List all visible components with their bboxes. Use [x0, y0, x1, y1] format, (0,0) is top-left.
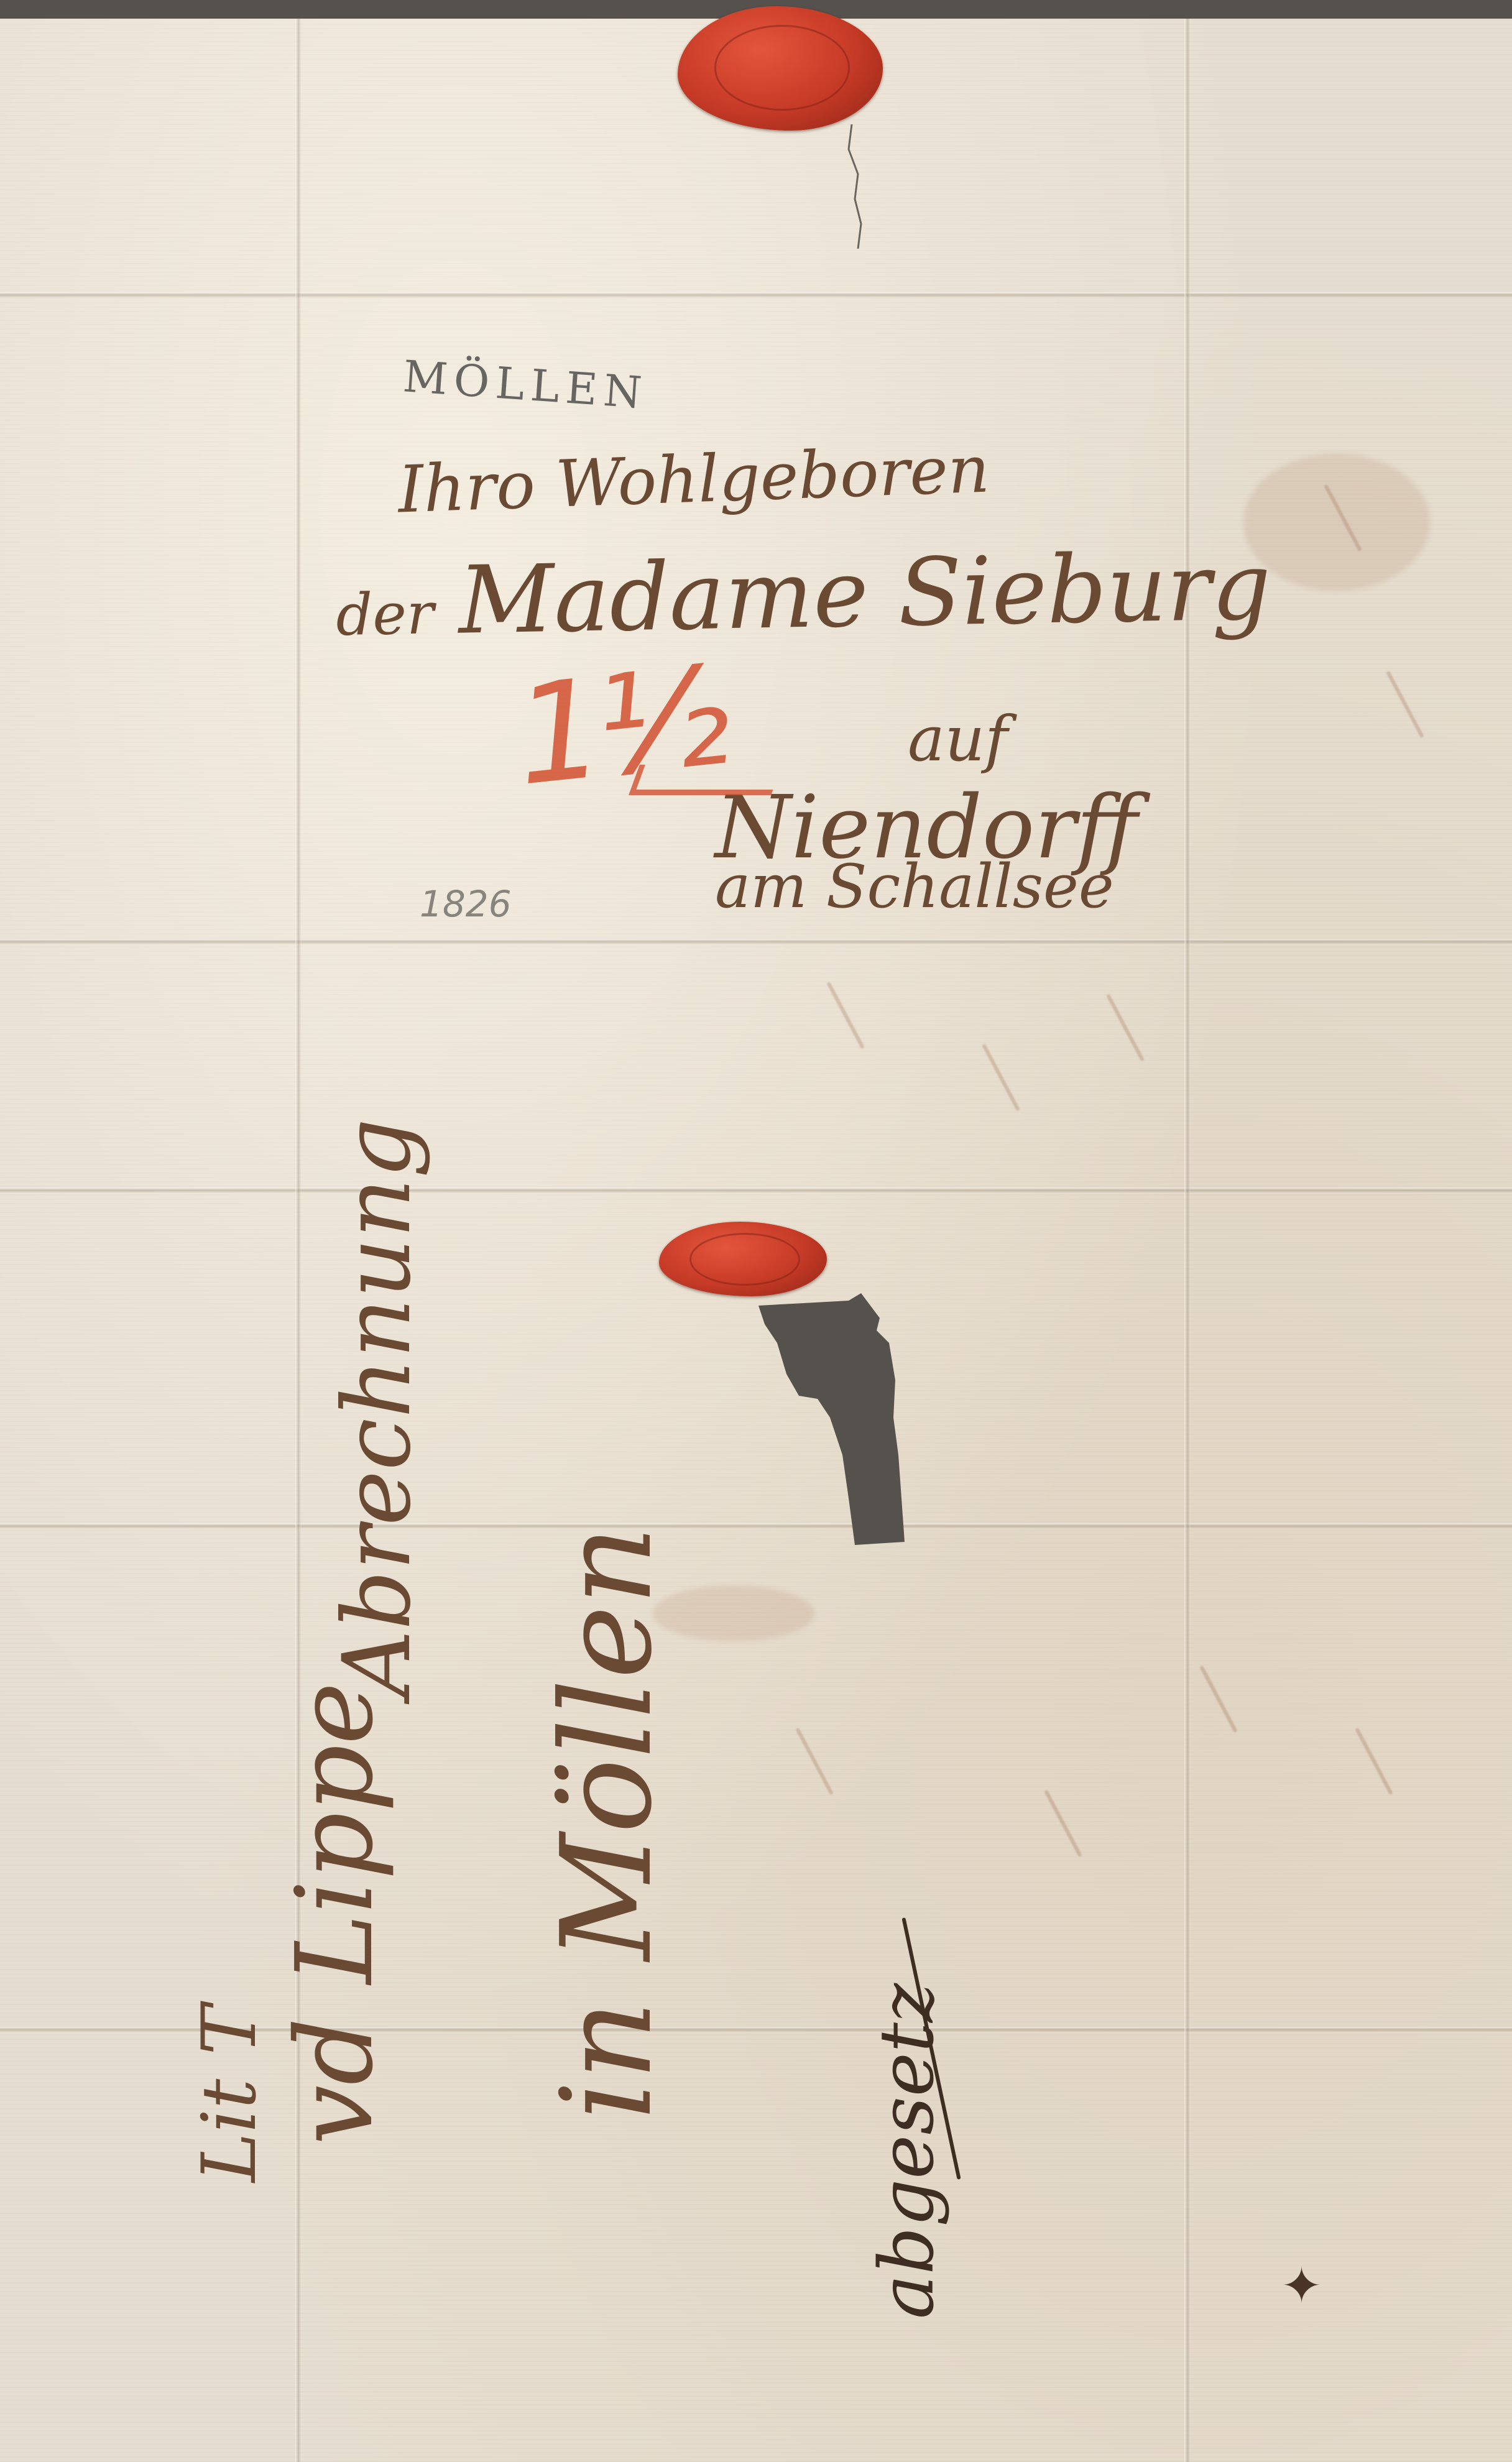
postmark-stamp: MÖLLEN — [402, 351, 650, 418]
annotation-line-4: in Möllen — [535, 1525, 680, 2120]
ink-bleed — [1386, 671, 1424, 739]
seal-impression — [714, 25, 849, 111]
fold-line — [0, 939, 1512, 945]
fold-line — [0, 292, 1512, 298]
ink-bleed — [982, 1044, 1020, 1112]
paper-tear-hole — [755, 1293, 917, 1554]
wax-seal-bottom — [659, 1222, 827, 1296]
address-recipient: Madame Sieburg — [458, 533, 1272, 655]
corner-mark: ✦ — [1281, 2257, 1322, 2315]
address-district: am Schallsee — [715, 852, 1114, 921]
annotation-line-2: vd Lippe — [274, 1682, 397, 2145]
address-recipient-line: derMadame Sieburg — [335, 533, 1272, 657]
seal-impression — [689, 1233, 801, 1286]
pencil-date-note: 1826 — [420, 883, 512, 925]
stain — [1243, 454, 1430, 591]
ink-bleed — [1355, 1728, 1393, 1796]
fold-line-vertical — [1184, 19, 1191, 2462]
annotation-line-1: Lit T — [187, 2006, 273, 2182]
annotation-line-3: Abrechnung — [323, 1118, 431, 1697]
postage-rate-stroke — [629, 765, 782, 795]
annotation-line-5: abgesetz — [864, 1983, 951, 2319]
ink-bleed — [1106, 994, 1145, 1062]
letter-sheet: MÖLLEN Ihro Wohlgeboren derMadame Siebur… — [0, 19, 1512, 2462]
ink-bleed — [826, 982, 865, 1049]
edge-tear-line — [846, 124, 870, 249]
ink-bleed — [795, 1728, 834, 1796]
wax-seal-top — [678, 6, 883, 131]
ink-bleed — [1199, 1666, 1238, 1733]
address-preposition: auf — [908, 703, 1008, 775]
fold-line — [0, 1187, 1512, 1194]
address-prefix: der — [336, 580, 435, 648]
ink-bleed — [1044, 1790, 1082, 1858]
address-honorific: Ihro Wohlgeboren — [397, 431, 990, 527]
